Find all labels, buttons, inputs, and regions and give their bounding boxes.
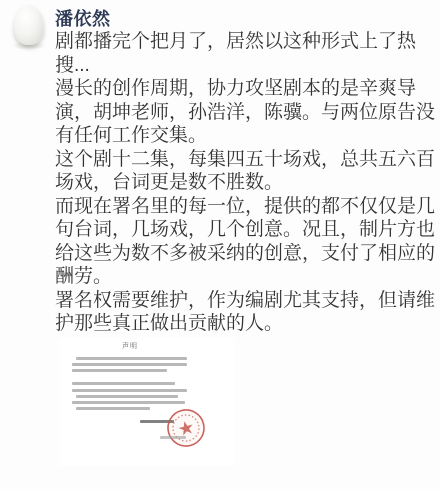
illegible-text-line: [76, 357, 187, 360]
post-paragraph: 而现在署名里的每一位，提供的都不仅仅是几句台词，几场戏，几个创意。况且，制片方也…: [55, 195, 440, 289]
illegible-list-line: [72, 389, 187, 392]
statement-title: 声明: [122, 343, 138, 351]
post-paragraph: 剧都播完个把月了，居然以这种形式上了热搜...: [55, 30, 440, 77]
illegible-list-line: [72, 382, 175, 385]
post-paragraph: 这个剧十二集，每集四五十场戏，总共五六百场戏，台词更是数不胜数。: [55, 148, 440, 195]
illegible-list-line: [76, 395, 178, 398]
illegible-text-line: [72, 363, 187, 366]
egg-avatar-image: [14, 5, 44, 45]
illegible-list-line: [72, 401, 185, 404]
statement-document-image[interactable]: 声明: [60, 338, 235, 466]
username[interactable]: 潘依然: [55, 5, 111, 31]
official-seal-stamp: [162, 404, 210, 452]
post-paragraph: 漫长的创作周期，协力攻坚剧本的是辛爽导演，胡坤老师，孙浩洋，陈骥。与两位原告没有…: [55, 77, 440, 148]
seal-graphic: [162, 404, 210, 452]
user-avatar[interactable]: [10, 3, 48, 51]
illegible-text-line: [72, 369, 167, 372]
post-body: 剧都播完个把月了，居然以这种形式上了热搜... 漫长的创作周期，协力攻坚剧本的是…: [55, 30, 440, 336]
post-paragraph: 署名权需要维护，作为编剧尤其支持，但请维护那些真正做出贡献的人。: [55, 289, 440, 336]
illegible-list-line: [76, 407, 150, 410]
date-line: [160, 436, 186, 439]
